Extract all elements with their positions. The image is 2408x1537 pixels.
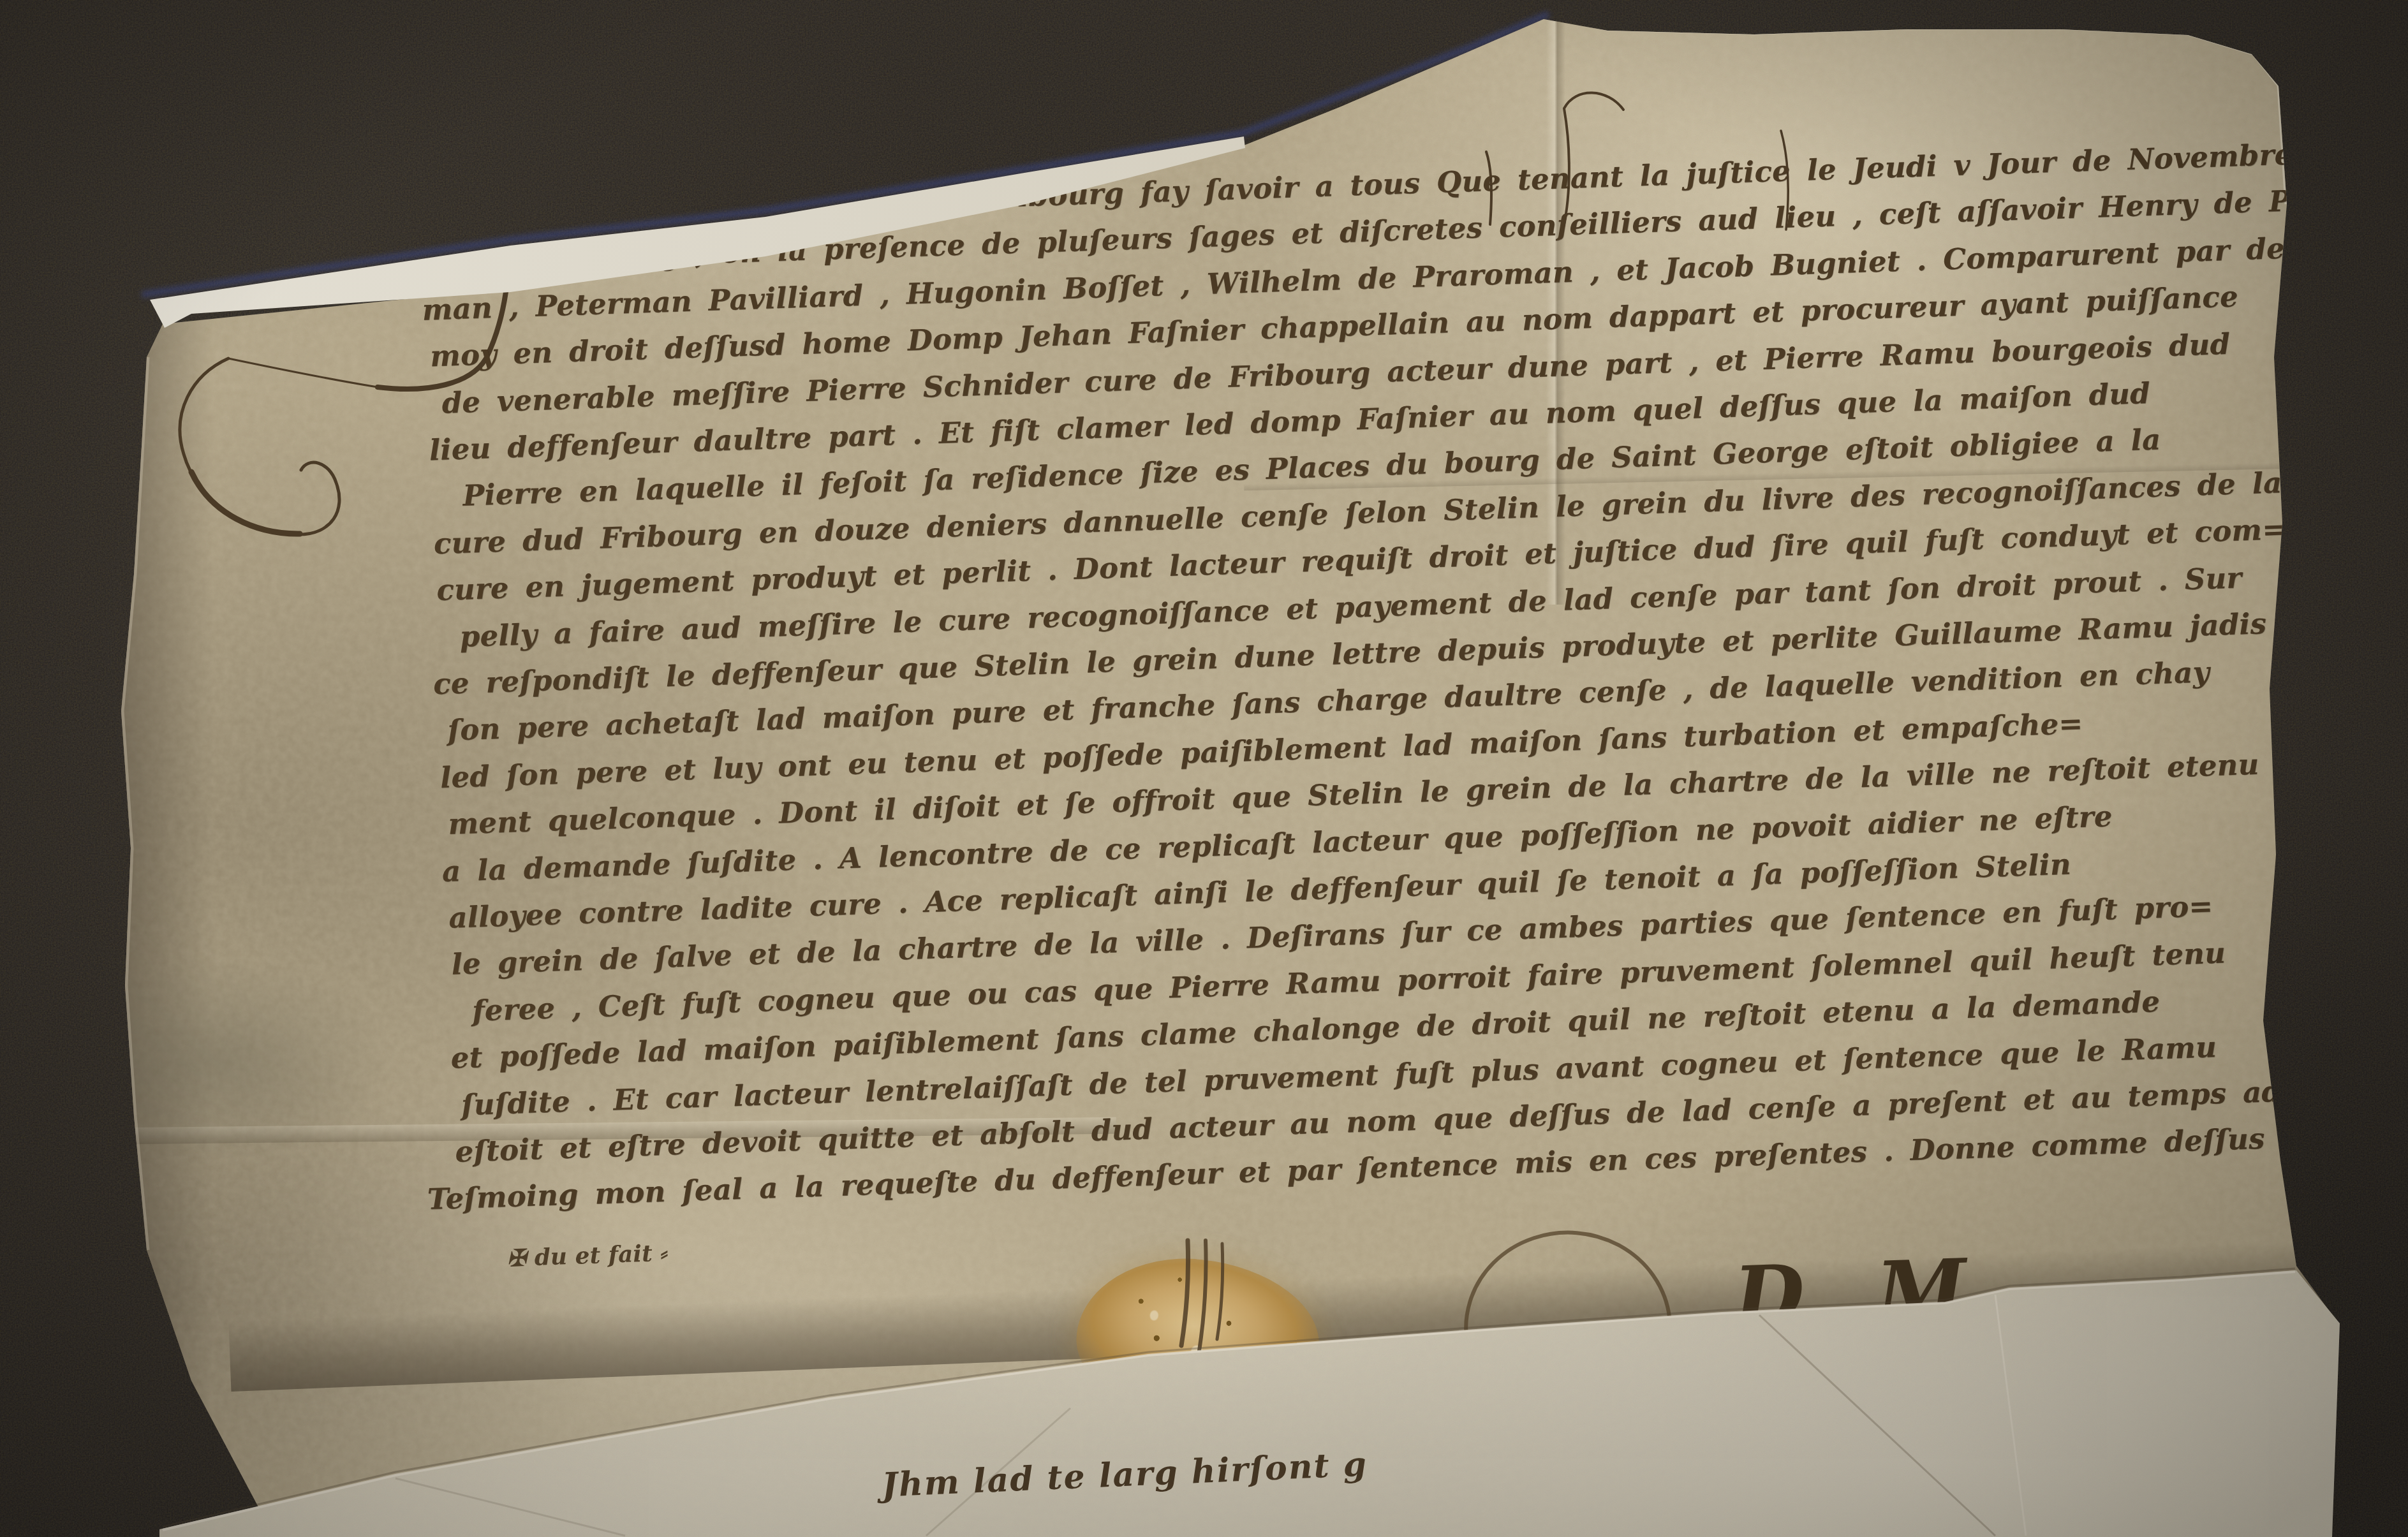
- subscript-annotation: ✠ du et fait ⸗: [506, 1240, 668, 1272]
- manuscript-text-block: Je Jehan Gambach advoye de Fribourg fay …: [413, 138, 2298, 1283]
- photograph-of-medieval-charter: Je Jehan Gambach advoye de Fribourg fay …: [0, 0, 2408, 1537]
